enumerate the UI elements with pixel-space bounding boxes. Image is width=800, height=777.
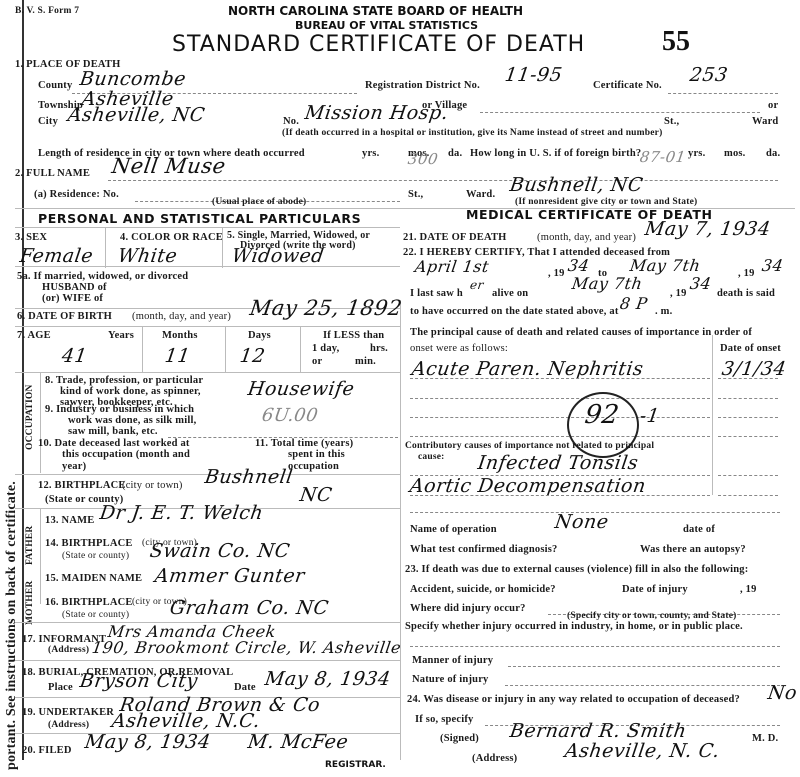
contrib-label-2: cause: [418,452,445,462]
da-label: da. [448,148,462,159]
burial-place-label: Place [48,682,73,693]
ward-label: Ward [752,116,778,127]
county-value: Buncombe [78,68,187,90]
institution-note: (If death occurred in a hospital or inst… [282,128,662,138]
totaltime-label-1: 11. Total time (years) [255,438,353,449]
accident-label: Accident, suicide, or homicide? [410,584,556,595]
occurred-label: to have occurred on the date stated abov… [410,306,619,317]
burial-place: Bryson City [78,670,199,692]
less-label-1: If LESS than [323,330,384,341]
undertaker-label: 19. UNDERTAKER [22,707,114,718]
attended-to: May 7th [629,256,702,275]
operation-label: Name of operation [410,524,497,535]
industry-label-1: 9. Industry or business in which [45,404,194,415]
institution-value: Mission Hosp. [303,102,449,124]
dod-label: 21. DATE OF DEATH [403,232,507,243]
st-label: St., [664,116,679,127]
father-name-value: Dr J. E. T. Welch [98,502,264,524]
stamp-number: 55 [662,26,690,58]
document-title: STANDARD CERTIFICATE OF DEATH [172,32,585,57]
burial-date: May 8, 1934 [263,668,392,690]
mother-maiden-value: Ammer Gunter [153,565,306,587]
father-birth-value: Swain Co. NC [148,540,291,562]
father-side-label: FATHER [25,526,35,565]
foreign-da-label: da. [766,148,780,159]
marital-value: Widowed [230,245,325,267]
cause-label-2: onset were as follows: [410,343,508,354]
principal-cause: Acute Paren. Nephritis [410,358,644,380]
where-note: (Specify city or town, county, and State… [567,611,737,621]
sex-label: 3. SEX [15,232,47,243]
contrib-label-1: Contributory causes of importance not re… [405,441,654,451]
occ-related-label: 24. Was disease or injury in any way rel… [407,694,740,705]
less-label-2: 1 day, [312,343,339,354]
father-state-note: (State or county) [62,551,129,561]
age-label: 7. AGE [17,330,51,341]
lastwork-label-2: this occupation (month and [62,449,190,460]
last-saw-value: May 7th [571,274,644,293]
manner-label: Manner of injury [412,655,493,666]
nonresident-note: (If nonresident give city or town and St… [515,197,697,207]
occ-related-value: No [766,682,798,704]
address-label: (Address) [472,753,517,764]
informant-address-label: (Address) [48,645,89,655]
contrib-cause-1: Infected Tonsils [476,452,639,474]
bureau-name: BUREAU OF VITAL STATISTICS [295,19,478,32]
burial-date-label: Date [234,682,256,693]
age-years: 41 [60,345,88,367]
address-value: Asheville, N. C. [563,740,721,762]
mother-side-label: MOTHER [25,581,35,625]
where-label: Where did injury occur? [410,603,526,614]
last-saw-label: I last saw h [410,288,463,299]
left-border [22,0,24,760]
yrs-label: yrs. [362,148,379,159]
signed-label: (Signed) [440,733,479,744]
district-label: Registration District No. [365,80,480,91]
filed-date: May 8, 1934 [83,731,212,753]
birthplace-label: 12. BIRTHPLACE [38,480,126,491]
spouse-label-1: 5a. If married, widowed, or divorced [17,271,188,282]
injury-year-prefix: , 19 [740,584,757,595]
alive-on-label: alive on [492,288,528,299]
dob-note: (month, day, and year) [132,311,231,322]
residence-ward-value: Bushnell, NC [508,174,644,196]
certificate-value: 253 [688,64,729,86]
date-of-label: date of [683,524,715,535]
last-year: 34 [689,274,713,293]
certificate-label: Certificate No. [593,80,662,91]
dod-value: May 7, 1934 [643,218,772,240]
age-months: 11 [163,345,191,367]
no-label: No. [283,116,299,127]
industry-pencil: 6U.00 [261,405,320,426]
mother-birth-label: 16. BIRTHPLACE [45,597,133,608]
birthplace-state: NC [298,484,333,506]
specify-label: Specify whether injury occurred in indus… [405,621,743,632]
days-label: Days [248,330,271,341]
nature-label: Nature of injury [412,674,489,685]
mother-state-note: (State or county) [62,610,129,620]
spouse-label-2: HUSBAND of [42,282,107,293]
test-label: What test confirmed diagnosis? [410,544,557,555]
her-value: er [469,278,485,292]
county-label: County [38,80,72,91]
dob-value: May 25, 1892 [248,296,403,320]
undertaker-address-label: (Address) [48,720,89,730]
less-label-3: or [312,356,322,367]
trade-label-2: kind of work done, as spinner, [60,386,201,397]
months-label: Months [162,330,198,341]
lastwork-label-1: 10. Date deceased last worked at [38,438,190,449]
personal-section-title: PERSONAL AND STATISTICAL PARTICULARS [38,211,361,226]
pencil-note-2: 87-01 [639,148,687,166]
contrib-cause-2: Aortic Decompensation [408,475,647,497]
onset-date: 3/1/34 [720,358,787,380]
registrar-signature: M. McFee [246,731,349,753]
district-value: 11-95 [503,64,563,86]
m-label: . m. [655,306,672,317]
agency-name: NORTH CAROLINA STATE BOARD OF HEALTH [228,4,523,18]
from-year-prefix: , 19 [548,268,565,279]
father-birth-label: 14. BIRTHPLACE [45,538,133,549]
hrs-label: hrs. [370,343,388,354]
foreign-label: How long in U. S. if of foreign birth? [470,148,641,159]
mother-birth-value: Graham Co. NC [168,597,330,619]
registrar-label: REGISTRAR. [325,760,386,770]
full-name-label: 2. FULL NAME [15,168,90,179]
cause-code-suffix: -1 [638,405,661,427]
foreign-mos-label: mos. [724,148,746,159]
full-name-value: Nell Muse [110,154,227,178]
if-so-label: If so, specify [415,714,474,725]
city-value: Asheville, NC [66,104,206,126]
time-value: 8 P [619,294,649,313]
trade-value: Housewife [246,378,355,400]
lastwork-label-3: year) [62,461,86,472]
occupation-side-label: OCCUPATION [25,384,35,450]
attended-from: April 1st [414,257,491,276]
from-year: 34 [567,256,591,275]
death-said-label: death is said [717,288,775,299]
filed-label: 20. FILED [22,745,72,756]
autopsy-label: Was there an autopsy? [640,544,746,555]
column-divider [400,300,401,760]
foreign-yrs-label: yrs. [688,148,705,159]
sex-value: Female [18,245,94,267]
external-label: 23. If death was due to external causes … [405,564,748,575]
race-value: White [116,245,178,267]
mother-maiden-label: 15. MAIDEN NAME [45,573,142,584]
side-note: portant. See instructions on back of cer… [4,481,20,770]
age-days: 12 [238,345,266,367]
pencil-note-1: 300 [407,150,440,168]
father-name-label: 13. NAME [45,515,94,526]
years-label: Years [108,330,134,341]
residence-label: (a) Residence: No. [34,189,119,200]
informant-address: 190, Brookmont Circle, W. Asheville [91,638,403,657]
signed-value: Bernard R. Smith [508,720,688,742]
cause-code: 92 [583,400,621,430]
industry-label-2: work was done, as silk mill, [68,415,196,426]
birthplace-note: (city or town) [122,480,183,491]
to-year-prefix: , 19 [738,268,755,279]
totaltime-label-3: occupation [288,461,339,472]
residence-st-label: St., [408,189,423,200]
injury-date-label: Date of injury [622,584,688,595]
residence-ward-label: Ward. [466,189,495,200]
operation-value: None [553,511,610,533]
race-label: 4. COLOR OR RACE [120,232,223,243]
city-label: City [38,116,58,127]
min-label: min. [355,356,376,367]
last-year-prefix: , 19 [670,288,687,299]
to-year: 34 [761,256,785,275]
birthplace-city: Bushnell [203,466,294,488]
industry-label-3: saw mill, bank, etc. [68,426,158,437]
md-label: M. D. [752,733,778,744]
totaltime-label-2: spent in this [288,449,345,460]
cause-label-1: The principal cause of death and related… [410,327,752,338]
spouse-label-3: (or) WIFE of [42,293,103,304]
onset-label: Date of onset [720,343,781,354]
dod-note: (month, day, and year) [537,232,636,243]
trade-label-1: 8. Trade, profession, or particular [45,375,203,386]
or-label: or [768,100,778,111]
abode-note: (Usual place of abode) [212,197,306,207]
dob-label: 6. DATE OF BIRTH [17,311,112,322]
form-id: B. V. S. Form 7 [15,6,79,16]
undertaker-address: Asheville, N.C. [110,710,261,732]
